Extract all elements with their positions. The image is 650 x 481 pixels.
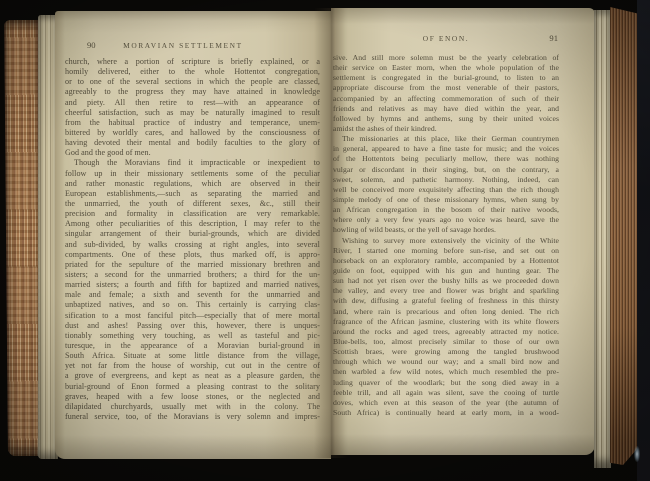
text-line: guide on foot, equipped with his gun and… <box>333 266 559 276</box>
text-line: doves, which even at this season of the … <box>333 398 559 408</box>
book-gutter-shadow <box>314 8 348 458</box>
text-line: friends and relatives as may have died w… <box>333 104 559 114</box>
text-line: River, I started one morning before sun-… <box>333 246 559 256</box>
text-block-left: church, where a portion of scripture is … <box>65 57 320 425</box>
text-line: turesque, in the appearance of a Moravia… <box>65 341 320 351</box>
cover-highlight <box>634 446 640 462</box>
text-line: in general, appeared to have a fine tast… <box>333 144 559 154</box>
text-line: South Africa. Situate at some little dis… <box>65 351 320 361</box>
text-line: accompanied by an affecting commemoratio… <box>333 94 559 104</box>
text-line: feeble trill, and all again was silent, … <box>333 388 559 398</box>
text-line: and rather monastic regulations, which a… <box>65 179 320 189</box>
book-cover-right <box>637 0 650 481</box>
page-right-header: OF ENON. 91 <box>333 33 559 44</box>
text-line: howling of wild beasts, or the yell of s… <box>333 225 559 235</box>
text-line: land, where rain is precarious and often… <box>333 307 559 317</box>
text-line: having devoted their mental and bodily f… <box>65 138 320 148</box>
right-page-edge-stack <box>594 10 611 468</box>
text-line: priated for the sepulture of the married… <box>65 260 320 270</box>
text-line: singular arrangement of their burial-gro… <box>65 229 320 239</box>
text-line: sun had not yet risen over the bushy hil… <box>333 276 559 286</box>
text-line: horseback on an exploratory ramble, acco… <box>333 256 559 266</box>
text-line: an African congregation in the bosom of … <box>333 205 559 215</box>
text-line: where only a very few years ago no voice… <box>333 215 559 225</box>
text-line: cheerful satisfaction, such as may be na… <box>65 108 320 118</box>
text-line: and sub-divided, by walks crossing at ri… <box>65 240 320 250</box>
text-line: the valley, and every tree and flower wa… <box>333 286 559 296</box>
text-line: agreeably to the progress they may have … <box>65 87 320 97</box>
text-line: followed by hymns and anthems, sung by t… <box>333 114 559 124</box>
text-line: through which we wound our way; and a sm… <box>333 357 559 367</box>
text-line: Among other peculiarities of this descri… <box>65 219 320 229</box>
text-line: then warbled a few wild notes, which muc… <box>333 367 559 377</box>
text-line: church, where a portion of scripture is … <box>65 57 320 67</box>
text-line: married sisters; a fourth and fifth for … <box>65 280 320 290</box>
text-line: Wishing to survey more extensively the v… <box>333 236 559 246</box>
text-line: Scottish braes, were growing among the t… <box>333 347 559 357</box>
text-line: compartments. One of these plots, thus m… <box>65 250 320 260</box>
text-line: with dew, diffusing a grateful feeling o… <box>333 296 559 306</box>
text-line: funeral service, too, of the Moravians i… <box>65 412 320 422</box>
text-line: appropriate discourse from the most vene… <box>333 83 559 93</box>
text-line: homily delivered, either to the whole Ho… <box>65 67 320 77</box>
text-line: of the Hottentots being peculiarly mello… <box>333 154 559 164</box>
text-line: South Africa) is continually heard at ea… <box>333 408 559 418</box>
text-line: dilapidated churchyards, usually met wit… <box>65 402 320 412</box>
text-line: sisters; a second for the unmarried brot… <box>65 270 320 280</box>
text-line: sive. And still more solemn must be the … <box>333 53 559 63</box>
text-line: bittered by worldly cares, and hallowed … <box>65 128 320 138</box>
text-line: from the habitual practice of industry a… <box>65 118 320 128</box>
page-left: 90 MORAVIAN SETTLEMENT church, where a p… <box>55 11 331 459</box>
text-block-right: sive. And still more solemn must be the … <box>333 53 559 421</box>
running-header-right: OF ENON. <box>423 34 469 43</box>
text-line: dust and ashes! Passing over this, howev… <box>65 321 320 331</box>
book-photo-background: 90 MORAVIAN SETTLEMENT church, where a p… <box>0 0 650 481</box>
text-line: luding quaver of the woodlark; but the s… <box>333 378 559 388</box>
page-number-right: 91 <box>549 33 558 43</box>
text-line: amidst the ashes of their kindred. <box>333 124 559 134</box>
text-line: precision and formality in classificatio… <box>65 209 320 219</box>
text-line: yet not far from the house of worship, c… <box>65 361 320 371</box>
text-line: graves, heaped with a few loose stones, … <box>65 392 320 402</box>
text-line: their service on Easter morn, when the w… <box>333 63 559 73</box>
text-line: burial-ground of Enon formed a pleasing … <box>65 382 320 392</box>
text-line: around the rocks and aged trees, agreeab… <box>333 327 559 337</box>
page-left-header: 90 MORAVIAN SETTLEMENT <box>65 40 320 51</box>
text-line: sweet, solemn, and pathetic harmony. Not… <box>333 175 559 185</box>
text-line: follow up in their missionary settlement… <box>65 169 320 179</box>
running-header-left: MORAVIAN SETTLEMENT <box>123 41 243 50</box>
text-line: tionably something very touching, as wel… <box>65 331 320 341</box>
text-line: male and female; a sixth and seventh for… <box>65 290 320 300</box>
text-line: a grove of evergreens, and kept as neat … <box>65 371 320 381</box>
text-line: sification to a most fanciful pitch—espe… <box>65 311 320 321</box>
text-line: or to one of the several sections in whi… <box>65 77 320 87</box>
text-line: well be conceived more exquisitely affec… <box>333 185 559 195</box>
text-line: simple melody of one of these missionary… <box>333 195 559 205</box>
text-line: and piety. All then retire to rest—with … <box>65 98 320 108</box>
text-line: the unmarried, the youth of different se… <box>65 199 320 209</box>
page-number-left: 90 <box>87 40 96 50</box>
text-line: The missionaries at this place, like the… <box>333 134 559 144</box>
text-line: unbaptized natives, and so on. This cert… <box>65 300 320 310</box>
text-line: vulgar or discordant in their singing, b… <box>333 165 559 175</box>
text-line: Blue-bells, too, almost precisely simila… <box>333 337 559 347</box>
text-line: Though the Moravians find it impracticab… <box>65 158 320 168</box>
text-line: God and the good of men. <box>65 148 320 158</box>
text-line: fragrance of the African jasmine, cluste… <box>333 317 559 327</box>
page-right: OF ENON. 91 sive. And still more solemn … <box>331 8 595 455</box>
text-line: settlement is congregated in the burial-… <box>333 73 559 83</box>
text-line: European establishments,—such as separat… <box>65 189 320 199</box>
fore-edge <box>610 7 639 465</box>
